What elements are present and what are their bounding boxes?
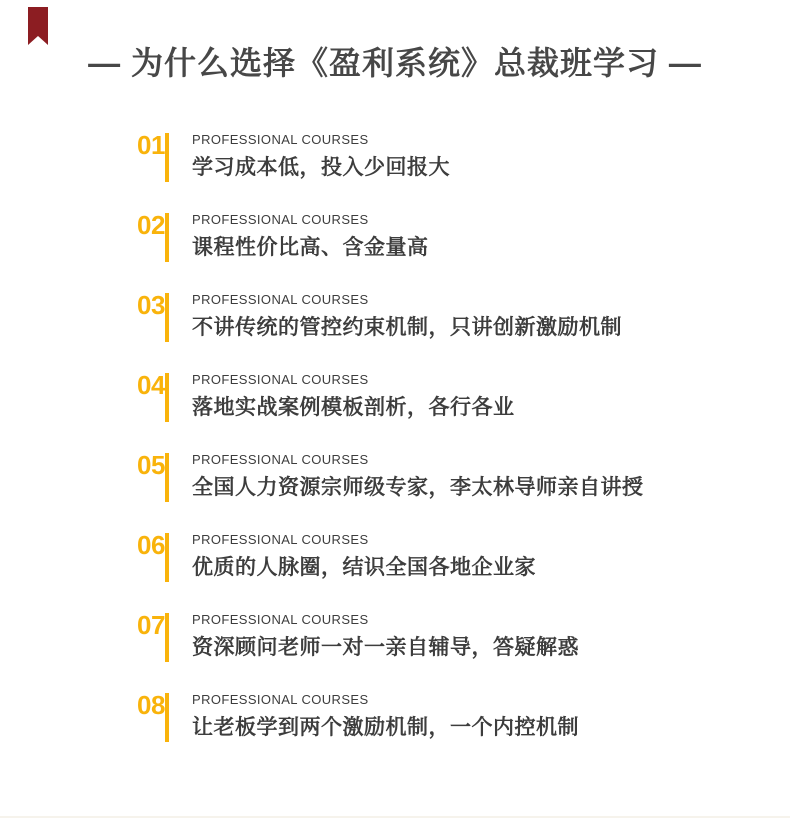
item-benefit-text: 课程性价比高、含金量高 <box>192 235 429 260</box>
item-benefit-text: 让老板学到两个激励机制，一个内控机制 <box>192 715 579 740</box>
item-benefit-text: 优质的人脉圈，结识全国各地企业家 <box>192 555 536 580</box>
item-number: 05 <box>137 452 165 478</box>
list-item: 01 PROFESSIONAL COURSES 学习成本低，投入少回报大 <box>0 131 790 211</box>
item-texts: PROFESSIONAL COURSES 让老板学到两个激励机制，一个内控机制 <box>192 693 579 740</box>
item-accent-bar <box>165 133 169 182</box>
item-accent-bar <box>165 213 169 262</box>
section-divider <box>0 816 790 818</box>
item-tag-label: PROFESSIONAL COURSES <box>192 373 515 387</box>
item-benefit-text: 不讲传统的管控约束机制，只讲创新激励机制 <box>192 315 622 340</box>
item-benefit-text: 学习成本低，投入少回报大 <box>192 155 450 180</box>
item-benefit-text: 全国人力资源宗师级专家，李太林导师亲自讲授 <box>192 475 644 500</box>
item-accent-bar <box>165 613 169 662</box>
item-tag-label: PROFESSIONAL COURSES <box>192 693 579 707</box>
list-item: 06 PROFESSIONAL COURSES 优质的人脉圈，结识全国各地企业家 <box>0 531 790 611</box>
list-item: 02 PROFESSIONAL COURSES 课程性价比高、含金量高 <box>0 211 790 291</box>
item-texts: PROFESSIONAL COURSES 学习成本低，投入少回报大 <box>192 133 450 180</box>
item-number: 06 <box>137 532 165 558</box>
item-accent-bar <box>165 693 169 742</box>
list-item: 04 PROFESSIONAL COURSES 落地实战案例模板剖析，各行各业 <box>0 371 790 451</box>
item-texts: PROFESSIONAL COURSES 优质的人脉圈，结识全国各地企业家 <box>192 533 536 580</box>
item-tag-label: PROFESSIONAL COURSES <box>192 213 429 227</box>
item-tag-label: PROFESSIONAL COURSES <box>192 293 622 307</box>
list-item: 05 PROFESSIONAL COURSES 全国人力资源宗师级专家，李太林导… <box>0 451 790 531</box>
item-accent-bar <box>165 533 169 582</box>
item-texts: PROFESSIONAL COURSES 不讲传统的管控约束机制，只讲创新激励机… <box>192 293 622 340</box>
item-tag-label: PROFESSIONAL COURSES <box>192 613 579 627</box>
item-accent-bar <box>165 373 169 422</box>
item-number: 07 <box>137 612 165 638</box>
item-number: 03 <box>137 292 165 318</box>
promo-poster: — 为什么选择《盈利系统》总裁班学习 — 01 PROFESSIONAL COU… <box>0 0 790 823</box>
item-number: 02 <box>137 212 165 238</box>
item-benefit-text: 落地实战案例模板剖析，各行各业 <box>192 395 515 420</box>
item-accent-bar <box>165 293 169 342</box>
item-number: 04 <box>137 372 165 398</box>
item-texts: PROFESSIONAL COURSES 落地实战案例模板剖析，各行各业 <box>192 373 515 420</box>
item-texts: PROFESSIONAL COURSES 全国人力资源宗师级专家，李太林导师亲自… <box>192 453 644 500</box>
item-number: 01 <box>137 132 165 158</box>
item-tag-label: PROFESSIONAL COURSES <box>192 453 644 467</box>
corner-ribbon-icon <box>28 7 48 45</box>
item-tag-label: PROFESSIONAL COURSES <box>192 133 450 147</box>
item-tag-label: PROFESSIONAL COURSES <box>192 533 536 547</box>
item-benefit-text: 资深顾问老师一对一亲自辅导，答疑解惑 <box>192 635 579 660</box>
item-accent-bar <box>165 453 169 502</box>
list-item: 08 PROFESSIONAL COURSES 让老板学到两个激励机制，一个内控… <box>0 691 790 771</box>
item-texts: PROFESSIONAL COURSES 课程性价比高、含金量高 <box>192 213 429 260</box>
item-number: 08 <box>137 692 165 718</box>
page-title: — 为什么选择《盈利系统》总裁班学习 — <box>0 44 790 82</box>
item-texts: PROFESSIONAL COURSES 资深顾问老师一对一亲自辅导，答疑解惑 <box>192 613 579 660</box>
benefits-list: 01 PROFESSIONAL COURSES 学习成本低，投入少回报大 02 … <box>0 131 790 771</box>
list-item: 07 PROFESSIONAL COURSES 资深顾问老师一对一亲自辅导，答疑… <box>0 611 790 691</box>
list-item: 03 PROFESSIONAL COURSES 不讲传统的管控约束机制，只讲创新… <box>0 291 790 371</box>
